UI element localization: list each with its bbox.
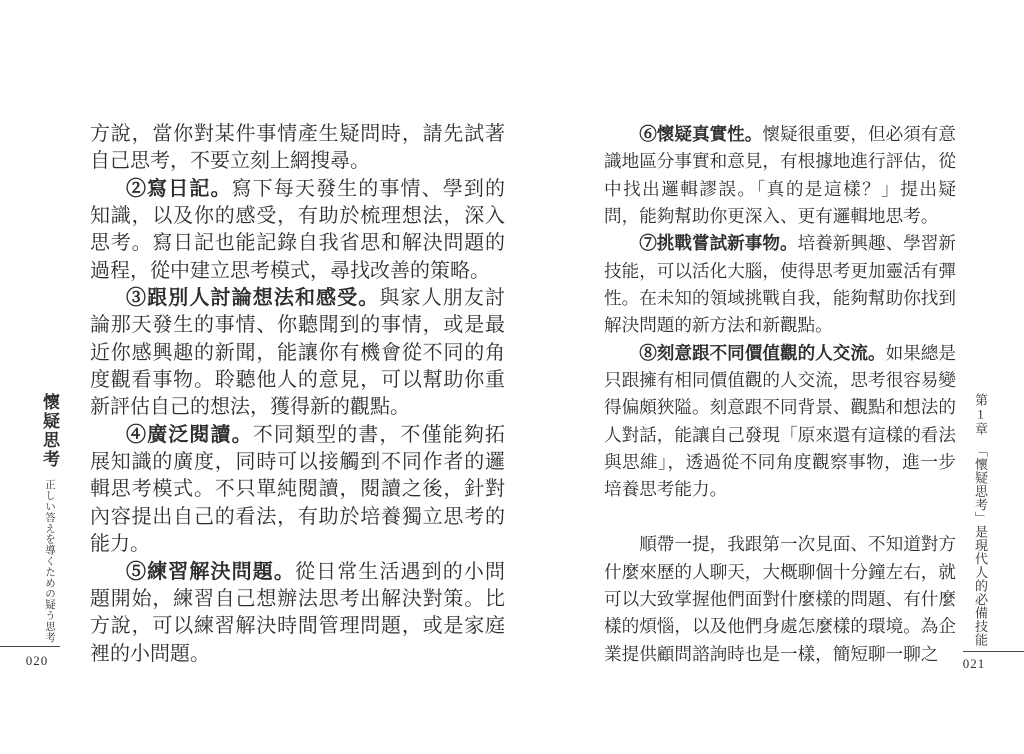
chapter-suffix: 章: [973, 422, 988, 436]
book-title: 懷疑思考: [40, 393, 59, 469]
paragraph: ②寫日記。寫下每天發生的事情、學到的知識，以及你的感受，有助於梳理想法，深入思考…: [90, 176, 505, 285]
paragraph-head: ②寫日記。: [126, 178, 232, 200]
paragraph-head: ⑤練習解決問題。: [126, 561, 295, 583]
paragraph: ⑥懷疑真實性。懷疑很重要，但必須有意識地區分事實和意見，有根據地進行評估，從中找…: [604, 121, 956, 230]
paragraph-body: 如果總是只跟擁有相同價值觀的人交流，思考很容易變得偏頗狹隘。刻意跟不同背景、觀點…: [604, 343, 956, 500]
right-page-number: 021: [949, 656, 999, 672]
paragraph-body: 順帶一提，我跟第一次見面、不知道對方什麼來歷的人聊天，大概聊個十分鐘左右，就可以…: [604, 534, 956, 663]
chapter-title: 「懷疑思考」是現代人的必備技能: [973, 444, 988, 647]
paragraph: ⑧刻意跟不同價值觀的人交流。如果總是只跟擁有相同價值觀的人交流，思考很容易變得偏…: [604, 340, 956, 504]
chapter-marker: 第1章「懷疑思考」是現代人的必備技能: [974, 393, 987, 646]
left-page-number: 020: [12, 653, 62, 669]
paragraph-head: ⑥懷疑真實性。: [639, 124, 762, 144]
right-page-text: ⑥懷疑真實性。懷疑很重要，但必須有意識地區分事實和意見，有根據地進行評估，從中找…: [604, 121, 956, 668]
chapter-prefix: 第: [973, 393, 988, 407]
paragraph-head: ⑧刻意跟不同價值觀的人交流。: [639, 343, 885, 363]
folio-rule-right: [963, 651, 1024, 652]
paragraph-head: ④廣泛閱讀。: [126, 424, 253, 446]
paragraph: 順帶一提，我跟第一次見面、不知道對方什麼來歷的人聊天，大概聊個十分鐘左右，就可以…: [604, 531, 956, 668]
paragraph: ⑦挑戰嘗試新事物。培養新興趣、學習新技能，可以活化大腦，使得思考更加靈活有彈性。…: [604, 230, 956, 339]
paragraph: ③跟別人討論想法和感受。與家人朋友討論那天發生的事情、你聽聞到的事情，或是最近你…: [90, 285, 505, 422]
folio-rule-left: [0, 646, 60, 647]
paragraph-head: ⑦挑戰嘗試新事物。: [639, 233, 797, 253]
paragraph-body: 方說，當你對某件事情產生疑問時，請先試著自己思考，不要立刻上網搜尋。: [90, 123, 505, 172]
left-page-text: 方說，當你對某件事情產生疑問時，請先試著自己思考，不要立刻上網搜尋。 ②寫日記。…: [90, 121, 505, 668]
paragraph: ④廣泛閱讀。不同類型的書，不僅能夠拓展知識的廣度，同時可以接觸到不同作者的邏輯思…: [90, 422, 505, 559]
book-spine-info: 懷疑思考正しい答えを導くための疑う思考: [41, 393, 58, 643]
paragraph: ⑤練習解決問題。從日常生活遇到的小問題開始，練習自己想辦法思考出解決對策。比方說…: [90, 559, 505, 668]
chapter-number: 1: [973, 407, 988, 423]
paragraph-head: ③跟別人討論想法和感受。: [126, 287, 379, 309]
paragraph-continuation: 方說，當你對某件事情產生疑問時，請先試著自己思考，不要立刻上網搜尋。: [90, 121, 505, 176]
book-spread: 方說，當你對某件事情產生疑問時，請先試著自己思考，不要立刻上網搜尋。 ②寫日記。…: [0, 0, 1024, 754]
book-subtitle: 正しい答えを導くための疑う思考: [44, 479, 55, 643]
